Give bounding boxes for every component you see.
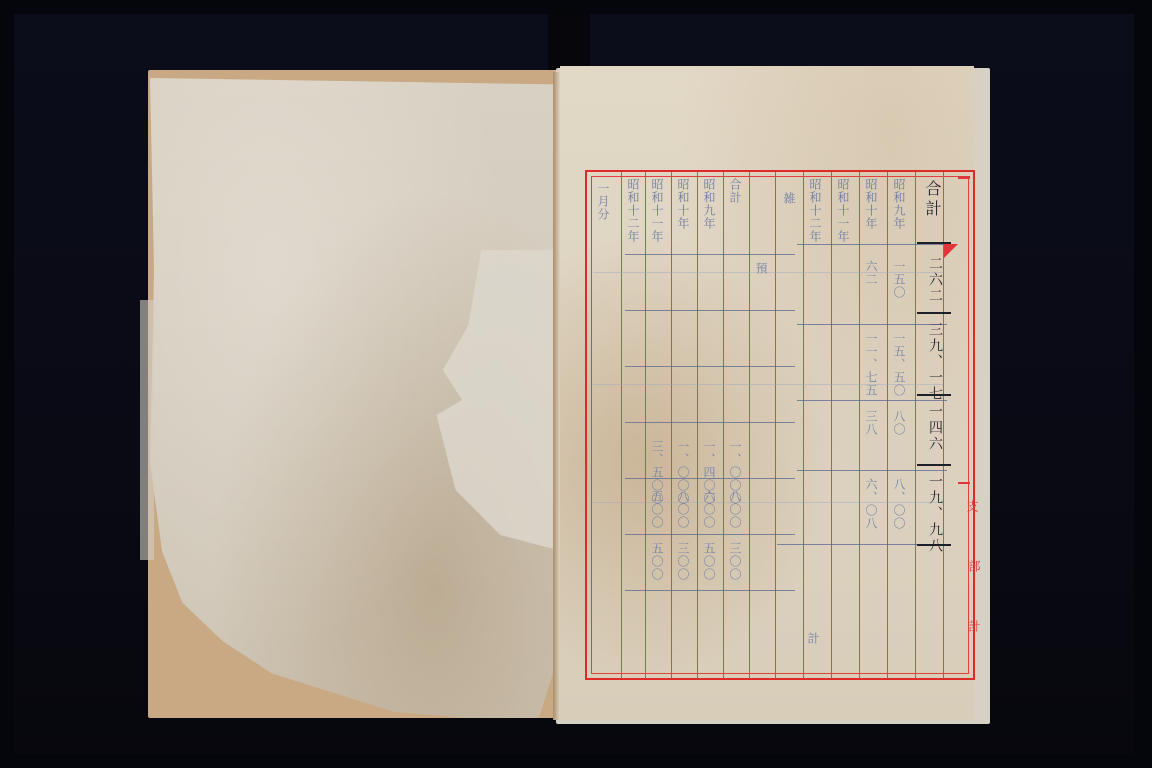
annotation: 雑 [783,192,795,205]
table-cell: 六、〇八 [865,478,877,530]
column-header: 合計 [729,178,741,204]
row-rule [625,366,795,367]
column-header: 昭和九年 [893,178,905,230]
bleed-through-rule [593,272,943,273]
row-rule [625,254,795,255]
table-cell: 一一、七五 [865,332,877,397]
totals-rule [917,544,951,546]
totals-rule [917,242,951,244]
totals-rule [917,464,951,466]
table-cell: 八〇〇 [729,490,741,529]
column-rule [645,172,646,678]
column-rule [831,172,832,678]
bleed-through-rule [593,384,943,385]
column-rule [803,172,804,678]
column-rule [621,172,622,678]
table-cell: 五〇〇 [651,542,663,581]
left-page-torn-edge [140,300,154,560]
red-margin-text: 支 [964,500,981,512]
column-rule [859,172,860,678]
table-cell: 三〇〇 [677,542,689,581]
annotation: 預 [755,262,767,275]
ledger-table: 昭和十二年 昭和十一年 昭和十年 昭和九年 合計 昭和十二年 昭和十一年 昭和十… [585,170,975,680]
red-margin-tick [958,176,970,179]
total-cell: 二六二 [925,256,945,304]
ledger-inner-border [591,176,969,674]
row-rule [625,422,795,423]
table-cell: 八〇 [893,410,905,436]
bleed-through-rule [593,502,943,503]
red-margin-text: 部 [966,560,983,572]
red-margin-text: 計 [966,620,983,632]
column-header: 昭和十年 [865,178,877,230]
column-rule [723,172,724,678]
column-rule [671,172,672,678]
table-cell: 五〇〇 [651,490,663,529]
table-cell: 六〇〇 [703,490,715,529]
totals-header: 合計 [921,180,944,220]
column-rule [915,172,916,678]
column-header: 昭和十一年 [651,178,663,243]
column-rule [887,172,888,678]
column-header: 昭和十一年 [837,178,849,243]
row-rule [625,590,795,591]
annotation: 一月分 [597,182,609,221]
row-rule [797,244,947,245]
table-cell: 五〇〇 [703,542,715,581]
column-header: 昭和十二年 [809,178,821,243]
column-rule [749,172,750,678]
total-cell: 一四六 [925,404,945,452]
totals-rule [917,394,951,396]
column-header: 昭和十二年 [627,178,639,243]
table-cell: 六二 [865,260,877,286]
column-header: 昭和十年 [677,178,689,230]
row-rule [625,534,795,535]
table-cell: 三八 [865,410,877,436]
background-seam [548,14,590,74]
table-cell: 一五、五〇 [893,332,905,397]
total-cell: 三九、一七 [925,322,945,402]
total-cell: 一九、九八 [925,474,945,554]
totals-rule [917,312,951,314]
column-rule [697,172,698,678]
column-rule [775,172,776,678]
annotation: 計 [807,632,819,645]
table-cell: 八〇〇 [677,490,689,529]
red-margin-tick [958,482,970,484]
row-rule [625,310,795,311]
column-header: 昭和九年 [703,178,715,230]
table-cell: 一五〇 [893,260,905,299]
table-cell: 三〇〇 [729,542,741,581]
table-cell: 八、〇〇 [893,478,905,530]
row-rule [797,470,947,471]
